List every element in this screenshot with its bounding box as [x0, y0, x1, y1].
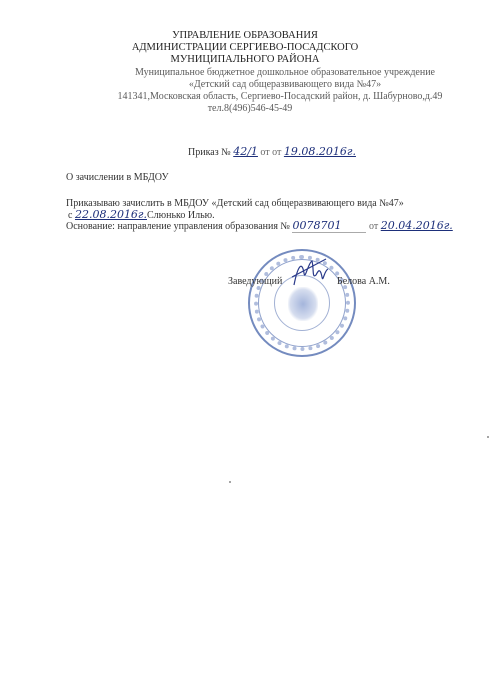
header-line-3: МУНИЦИПАЛЬНОГО РАЙОНА	[0, 54, 490, 66]
header-line-1: УПРАВЛЕНИЕ ОБРАЗОВАНИЯ	[0, 30, 490, 42]
header-line-2: АДМИНИСТРАЦИИ СЕРГИЕВО-ПОСАДСКОГО	[0, 42, 490, 54]
order-number: 42/1	[233, 145, 258, 158]
basis-label: Основание: направление управления образо…	[66, 221, 290, 232]
basis-number: 0078701	[292, 220, 366, 233]
header-institution-name: «Детский сад общеразвивающего вида №47»	[40, 79, 490, 91]
scan-artifact	[229, 481, 231, 483]
document-page: УПРАВЛЕНИЕ ОБРАЗОВАНИЯ АДМИНИСТРАЦИИ СЕР…	[0, 0, 490, 680]
header-address: 141341,Московская область, Сергиево-Поса…	[35, 91, 490, 103]
signature-position: Заведующий	[228, 276, 282, 288]
order-number-sign: №	[221, 147, 231, 158]
header-phone: тел.8(496)546-45-49	[5, 103, 490, 115]
order-from-label: от от	[260, 147, 281, 158]
scan-artifact	[487, 436, 489, 438]
basis-from: от	[369, 221, 378, 232]
order-label: Приказ	[188, 147, 219, 158]
order-subject: О зачислении в МБДОУ	[66, 172, 169, 184]
basis-date: 20.04.2016г.	[381, 219, 453, 232]
body-basis-line: Основание: направление управления образо…	[66, 220, 453, 233]
signature-name: Белова А.М.	[337, 276, 390, 288]
handwritten-signature-icon	[288, 255, 332, 295]
header-institution-type: Муниципальное бюджетное дошкольное образ…	[40, 67, 490, 79]
order-date: 19.08.2016г.	[284, 145, 356, 158]
order-line: Приказ № 42/1 от от 19.08.2016г.	[188, 146, 356, 159]
